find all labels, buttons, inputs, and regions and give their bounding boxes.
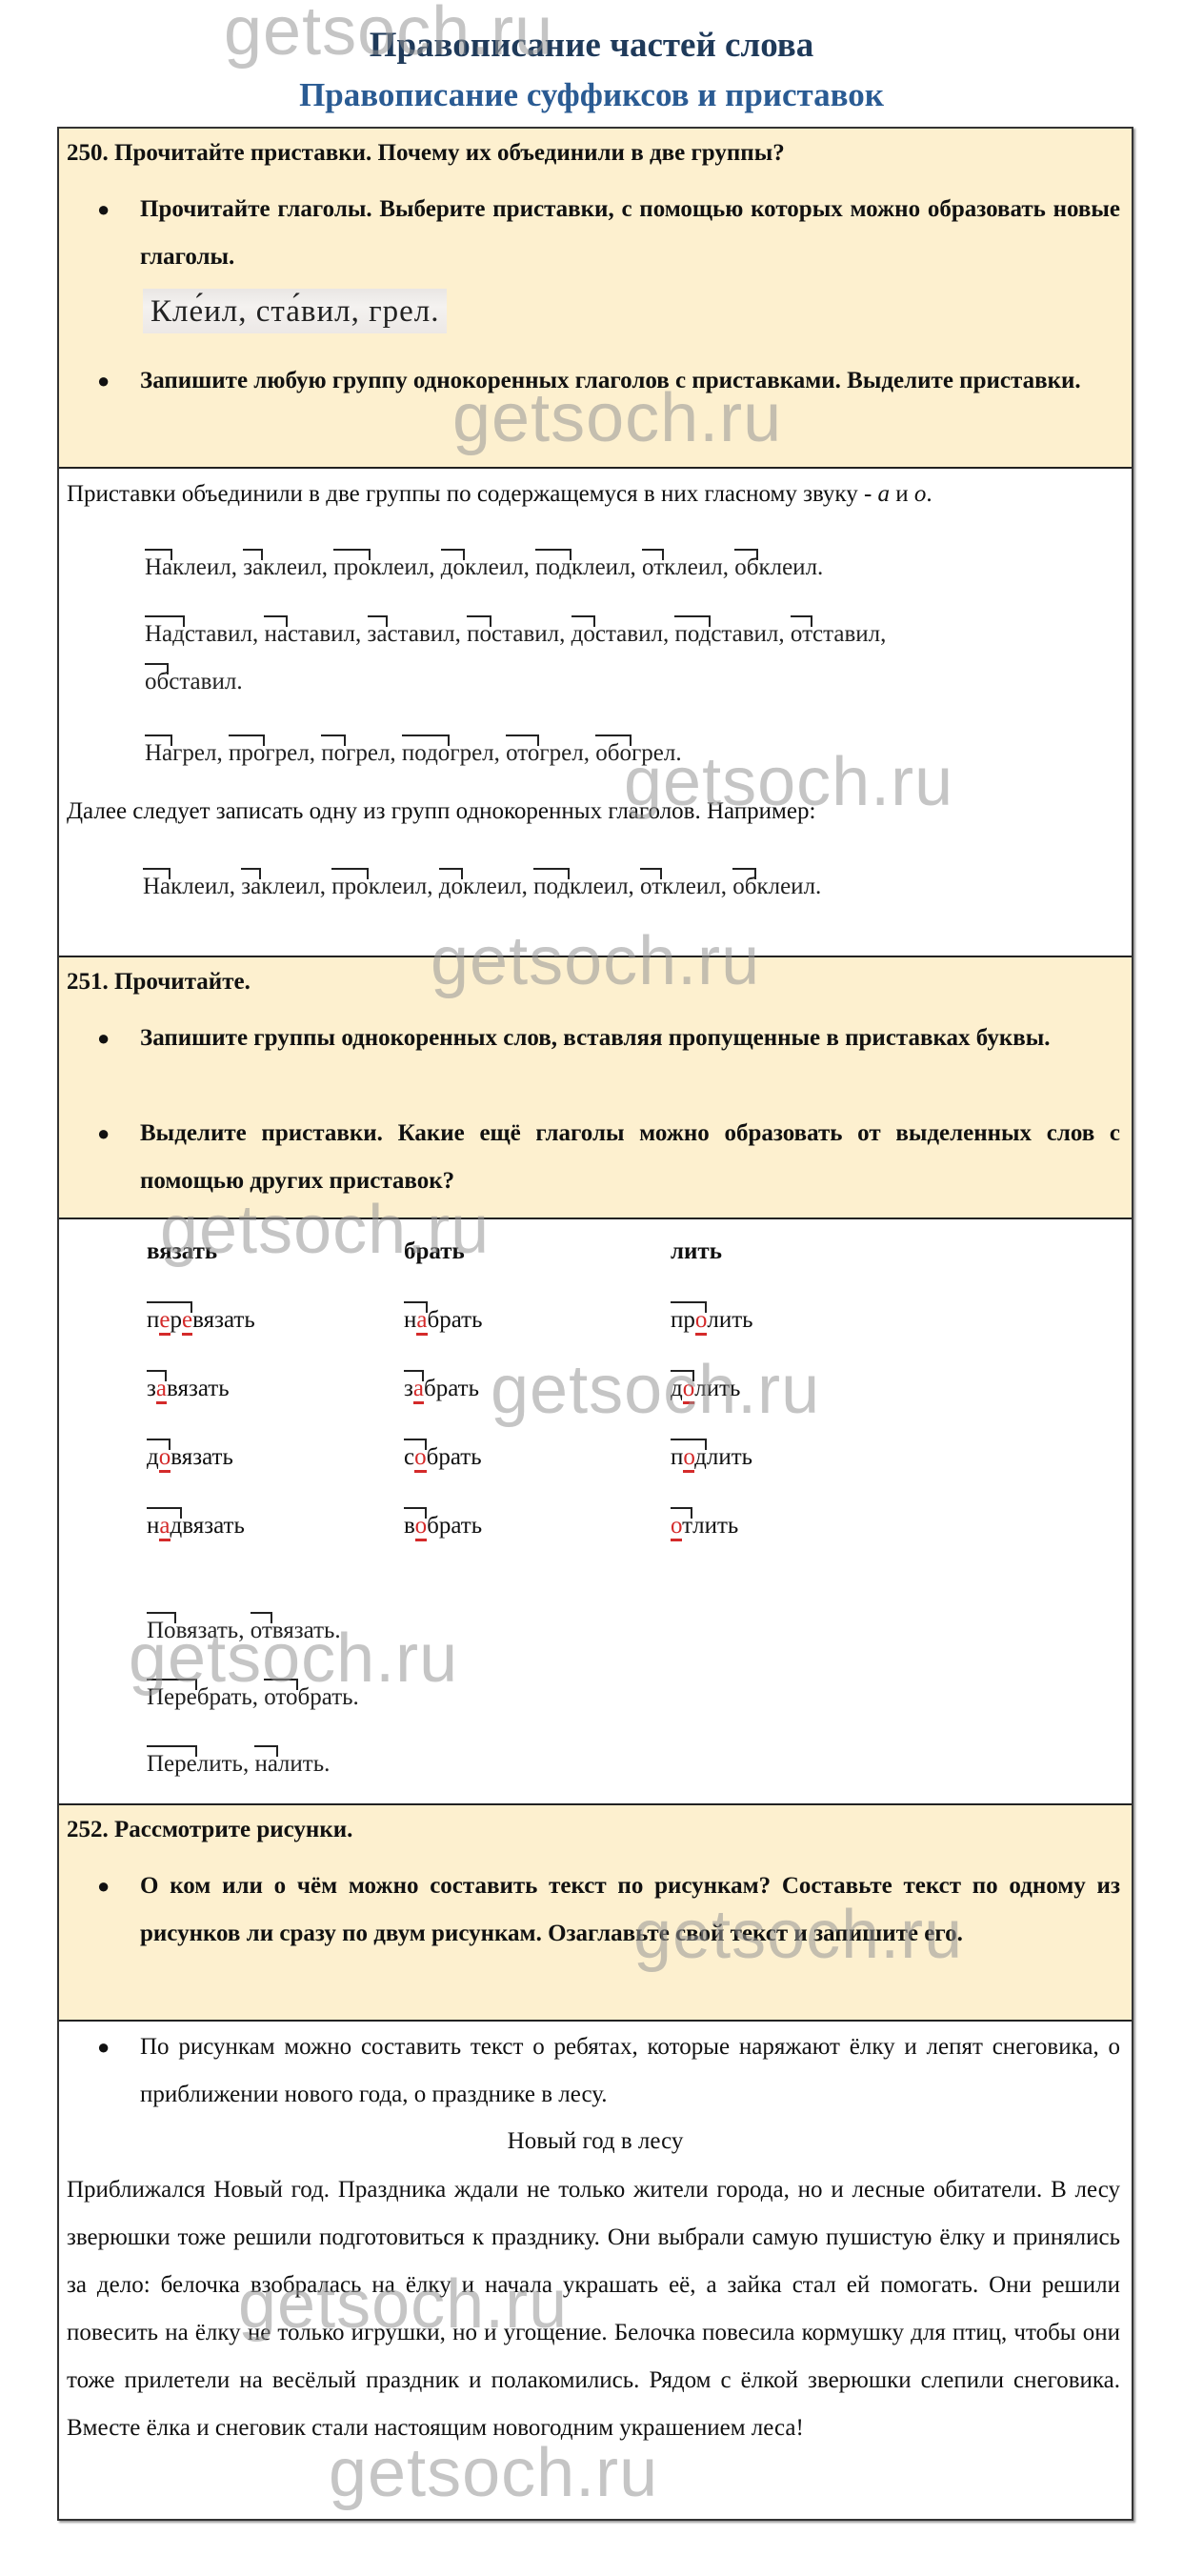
exercise-252-answer: ● По рисункам можно составить текст о ре… [59,2022,1132,2519]
prefix-mark: пере [147,1307,192,1334]
prefix-mark: под [671,1444,707,1471]
prefix-mark: ото [506,740,539,767]
inserted-vowel: о [159,1444,171,1473]
inserted-vowel: о [671,1513,682,1541]
word-item: забрать [404,1376,483,1444]
prefixed-word: Надставил [145,621,252,648]
answer-250-next: Далее следует записать одну из групп одн… [67,788,1120,835]
story-text: Приближался Новый год. Праздника ждали н… [67,2166,1120,2452]
word-item: перевязать [147,1307,255,1376]
word-group-grel: Нагрел, прогрел, погрел, подогрел, отогр… [145,740,682,767]
prefix-mark: до [571,621,595,648]
prefixed-word: обставил [145,669,236,695]
prefixed-word: Нагрел [145,740,216,767]
prefix-mark: На [143,874,170,900]
extra-words-3: Перелить, налить. [147,1751,330,1778]
prefix-mark: по [321,740,346,767]
prefix-mark: На [145,554,172,581]
prefix-mark: на [264,621,287,648]
prefix-mark: обо [595,740,632,767]
extra-words-2: Перебрать, отобрать. [147,1684,359,1711]
prefix-mark: По [147,1618,176,1644]
prefix-mark: Пере [147,1684,197,1711]
exercise-250-answer: Приставки объединили в две группы по сод… [59,469,1132,957]
column-header: лить [671,1238,753,1307]
prefix-mark: от [640,874,662,900]
prefix-mark: на [254,1751,277,1778]
exercise-250-heading: 250. Прочитайте приставки. Почему их объ… [67,140,785,167]
column-header: вязать [147,1238,255,1307]
page-title: Правописание частей слова [0,25,1183,66]
word-item: пролить [671,1307,753,1376]
page-subtitle: Правописание суффиксов и приставок [0,76,1183,114]
prefixed-word: доклеил [439,874,522,900]
prefix-mark: за [241,874,261,900]
prefixed-word: доклеил [441,554,524,581]
inserted-vowel: о [683,1376,695,1404]
word-group-example: Наклеил, заклеил, проклеил, доклеил, под… [143,874,821,900]
prefix-mark: про [333,554,370,581]
inserted-vowel: а [413,1376,424,1404]
prefix-mark: подо [402,740,450,767]
prefix-mark: под [674,621,711,648]
prefixed-word: обклеил [732,874,815,900]
prefixed-word: отклеил [640,874,721,900]
inserted-vowel: о [695,1307,708,1336]
prefix-mark: до [441,554,465,581]
prefix-mark: под [533,874,570,900]
prefixed-word: отвязать [251,1618,335,1644]
prefixed-word: отставил [791,621,880,648]
word-item: завязать [147,1376,255,1444]
word-item: вобрать [404,1513,483,1581]
exercise-250-bullet-1: ● Прочитайте глаголы. Выберите приставки… [140,186,1120,281]
prefixed-word: Перелить [147,1751,243,1778]
prefix-mark: до [147,1444,170,1471]
answer-250-intro: Приставки объединили в две группы по сод… [67,471,1120,518]
prefixed-word: подклеил [533,874,628,900]
prefix-mark: над [147,1513,182,1540]
prefix-mark: про [331,874,368,900]
prefix-mark: под [535,554,571,581]
prefix-mark: На [145,740,172,767]
prefix-mark: об [145,669,169,695]
example-words-image: Кле́ил, ста́вил, грел. [143,289,447,333]
prefixed-word: доставил [571,621,663,648]
word-item: долить [671,1376,753,1444]
prefixed-word: налить [254,1751,324,1778]
prefix-mark: за [404,1376,424,1402]
inserted-vowel: е [159,1307,170,1336]
prefix-mark: за [368,621,388,648]
word-item: отлить [671,1513,753,1581]
prefixed-word: проклеил [333,554,429,581]
bullet-icon: ● [97,1015,110,1062]
prefixed-word: поставил [467,621,559,648]
prefixed-word: заставил [368,621,455,648]
word-item: набрать [404,1307,483,1376]
inserted-vowel: а [156,1376,167,1404]
prefix-mark: от [791,621,812,648]
word-group-stavil: Надставил, наставил, заставил, поставил,… [145,621,886,648]
prefix-mark: до [439,874,463,900]
prefix-mark: от [642,554,664,581]
prefix-mark: от [251,1618,272,1644]
prefixed-word: наставил [264,621,355,648]
column-header: брать [404,1238,483,1307]
exercise-250-bullet-2: ● Запишите любую группу однокоренных гла… [140,357,1120,405]
extra-words-1: Повязать, отвязать. [147,1618,341,1644]
prefix-mark: об [734,554,758,581]
prefix-mark: по [467,621,491,648]
column-brat: братьнабратьзабратьсобратьвобрать [404,1238,483,1581]
inserted-vowel: о [415,1513,428,1541]
exercise-251-bullet-2: ● Выделите приставки. Какие ещё глаголы … [140,1110,1120,1205]
bullet-icon: ● [97,2023,110,2071]
prefix-mark: от [671,1513,692,1540]
exercise-252-bullet-1: ● О ком или о чём можно составить текст … [140,1862,1120,1958]
bullet-icon: ● [97,357,110,405]
word-group-stavil-cont: обставил. [145,669,243,695]
exercise-250-question: 250. Прочитайте приставки. Почему их объ… [59,129,1132,469]
prefixed-word: погрел [321,740,390,767]
word-item: подлить [671,1444,753,1513]
prefixed-word: прогрел [229,740,310,767]
prefix-mark: со [404,1444,427,1471]
prefixed-word: обклеил [734,554,817,581]
prefixed-word: заклеил [241,874,320,900]
prefixed-word: обогрел [595,740,675,767]
prefix-mark: об [732,874,756,900]
exercise-251-bullet-1: ● Запишите группы однокоренных слов, вст… [140,1015,1120,1062]
prefix-mark: во [404,1513,427,1540]
column-lit: литьпролитьдолитьподлитьотлить [671,1238,753,1581]
word-group-kleil: Наклеил, заклеил, проклеил, доклеил, под… [145,554,823,581]
prefix-mark: про [229,740,265,767]
exercise-252-heading: 252. Рассмотрите рисунки. [67,1817,352,1843]
exercise-251-heading: 251. Прочитайте. [67,969,251,996]
prefix-mark: Над [145,621,185,648]
prefixed-word: Наклеил [143,874,230,900]
inserted-vowel: о [414,1444,427,1473]
prefixed-word: Повязать [147,1618,238,1644]
prefix-mark: про [671,1307,707,1334]
prefix-mark: до [671,1376,694,1402]
bullet-icon: ● [97,1110,110,1157]
inserted-vowel: е [182,1307,192,1336]
prefix-mark: на [404,1307,428,1334]
exercise-table: 250. Прочитайте приставки. Почему их объ… [57,127,1133,2521]
prefixed-word: Перебрать [147,1684,252,1711]
answer-252-bullet: ● По рисункам можно составить текст о ре… [140,2023,1120,2119]
prefixed-word: отклеил [642,554,723,581]
bullet-icon: ● [97,1862,110,1910]
exercise-251-answer: вязатьперевязатьзавязатьдовязатьнадвязат… [59,1219,1132,1805]
prefixed-word: подклеил [535,554,630,581]
prefixed-word: проклеил [331,874,427,900]
exercise-251-question: 251. Прочитайте. ● Запишите группы однок… [59,957,1132,1219]
prefixed-word: подогрел [402,740,494,767]
inserted-vowel: о [683,1444,694,1473]
prefixed-word: подставил [674,621,778,648]
column-vyazat: вязатьперевязатьзавязатьдовязатьнадвязат… [147,1238,255,1581]
story-title: Новый год в лесу [59,2128,1132,2155]
inserted-vowel: а [416,1307,427,1336]
prefixed-word: отогрел [506,740,584,767]
prefix-mark: за [147,1376,167,1402]
prefix-mark: за [243,554,263,581]
prefixed-word: заклеил [243,554,322,581]
prefix-mark: Пере [147,1751,197,1778]
word-item: надвязать [147,1513,255,1581]
prefix-mark: ото [264,1684,297,1711]
inserted-vowel: а [159,1513,170,1541]
word-item: довязать [147,1444,255,1513]
prefixed-word: отобрать [264,1684,352,1711]
prefixed-word: Наклеил [145,554,231,581]
word-item: собрать [404,1444,483,1513]
exercise-252-question: 252. Рассмотрите рисунки. ● О ком или о … [59,1805,1132,2022]
bullet-icon: ● [97,186,110,233]
